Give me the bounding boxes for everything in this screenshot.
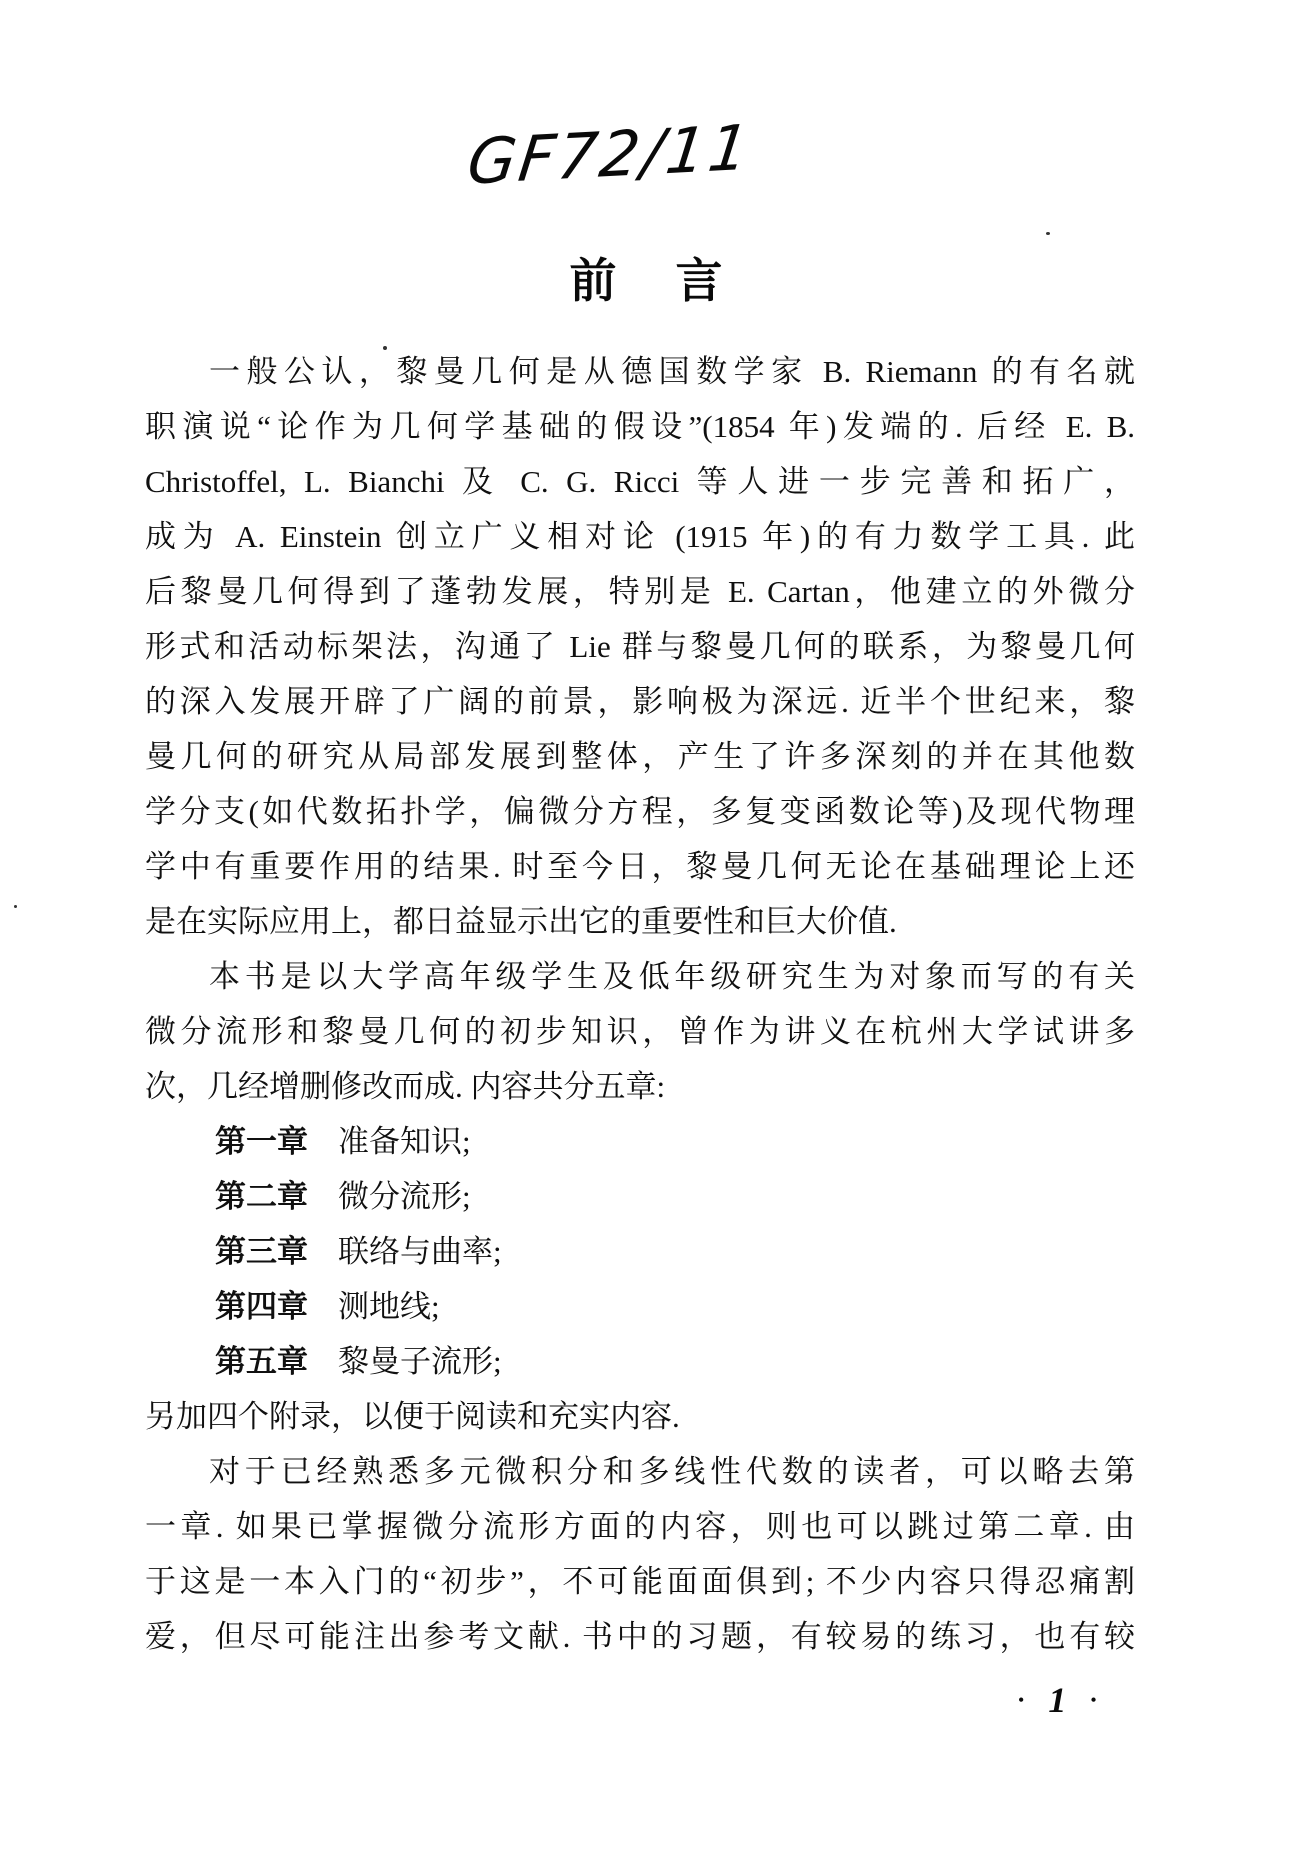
page-number-value: 1 (1048, 1682, 1066, 1718)
paragraph1-line: 的深入发展开辟了广阔的前景，影响极为深远. 近半个世纪来，黎 (145, 674, 1135, 729)
paragraph1-line: 学分支(如代数拓扑学，偏微分方程，多复变函数论等)及现代物理 (145, 784, 1135, 839)
chapter-number: 第四章 (215, 1289, 308, 1324)
paragraph1-line: 是在实际应用上，都日益显示出它的重要性和巨大价值. (145, 894, 1135, 949)
page-number-right-dot: • (1090, 1691, 1096, 1709)
chapter-number: 第三章 (215, 1234, 308, 1269)
appendix-note-line: 另加四个附录，以便于阅读和充实内容. (145, 1389, 1135, 1444)
chapter-list-item: 第五章黎曼子流形; (145, 1334, 1135, 1389)
paragraph1-line: 职演说“论作为几何学基础的假设”(1854 年)发端的. 后经 E. B. (145, 399, 1135, 454)
chapter-title: 准备知识; (338, 1124, 471, 1159)
paragraph1-line: 形式和活动标架法，沟通了 Lie 群与黎曼几何的联系，为黎曼几何 (145, 619, 1135, 674)
scan-speck (1046, 232, 1050, 235)
page-title: 前 言 (0, 244, 1298, 311)
paragraph1-line: 学中有重要作用的结果. 时至今日，黎曼几何无论在基础理论上还 (145, 839, 1135, 894)
chapter-number: 第五章 (215, 1344, 308, 1379)
paragraph3-line: 爱，但尽可能注出参考文献. 书中的习题，有较易的练习，也有较 (145, 1609, 1135, 1664)
chapter-title: 联络与曲率; (338, 1234, 502, 1269)
chapter-list-item: 第四章测地线; (145, 1279, 1135, 1334)
paragraph1-line: 一般公认，黎曼几何是从德国数学家 B. Riemann 的有名就 (145, 344, 1135, 399)
paragraph2-line: 次，几经增删修改而成. 内容共分五章: (145, 1059, 1135, 1114)
chapter-number: 第一章 (215, 1124, 308, 1159)
paragraph3-line: 一章. 如果已掌握微分流形方面的内容，则也可以跳过第二章. 由 (145, 1499, 1135, 1554)
handwritten-call-number: GF72/11 (464, 110, 756, 198)
chapter-list-item: 第二章微分流形; (145, 1169, 1135, 1224)
chapter-list-item: 第一章准备知识; (145, 1114, 1135, 1169)
book-page: GF72/11 前 言 一般公认，黎曼几何是从德国数学家 B. Riemann … (0, 0, 1298, 1870)
chapter-number: 第二章 (215, 1179, 308, 1214)
paragraph3-line: 于这是一本入门的“初步”，不可能面面俱到; 不少内容只得忍痛割 (145, 1554, 1135, 1609)
paragraph1-line: 后黎曼几何得到了蓬勃发展，特别是 E. Cartan，他建立的外微分 (145, 564, 1135, 619)
paragraph1-line: 曼几何的研究从局部发展到整体，产生了许多深刻的并在其他数 (145, 729, 1135, 784)
page-number: • 1 • (1018, 1682, 1097, 1718)
paragraph2-line: 微分流形和黎曼几何的初步知识，曾作为讲义在杭州大学试讲多 (145, 1004, 1135, 1059)
preface-body: 一般公认，黎曼几何是从德国数学家 B. Riemann 的有名就 职演说“论作为… (145, 344, 1135, 1664)
paragraph1-line: Christoffel, L. Bianchi 及 C. G. Ricci 等人… (145, 454, 1135, 509)
paragraph1-line: 成为 A. Einstein 创立广义相对论 (1915 年)的有力数学工具. … (145, 509, 1135, 564)
chapter-title: 微分流形; (338, 1179, 471, 1214)
chapter-title: 测地线; (338, 1289, 440, 1324)
paragraph3-line: 对于已经熟悉多元微积分和多线性代数的读者，可以略去第 (145, 1444, 1135, 1499)
paragraph2-line: 本书是以大学高年级学生及低年级研究生为对象而写的有关 (145, 949, 1135, 1004)
page-number-left-dot: • (1018, 1691, 1024, 1709)
chapter-list-item: 第三章联络与曲率; (145, 1224, 1135, 1279)
chapter-title: 黎曼子流形; (338, 1344, 502, 1379)
scan-speck (383, 346, 387, 350)
scan-speck (14, 905, 17, 908)
